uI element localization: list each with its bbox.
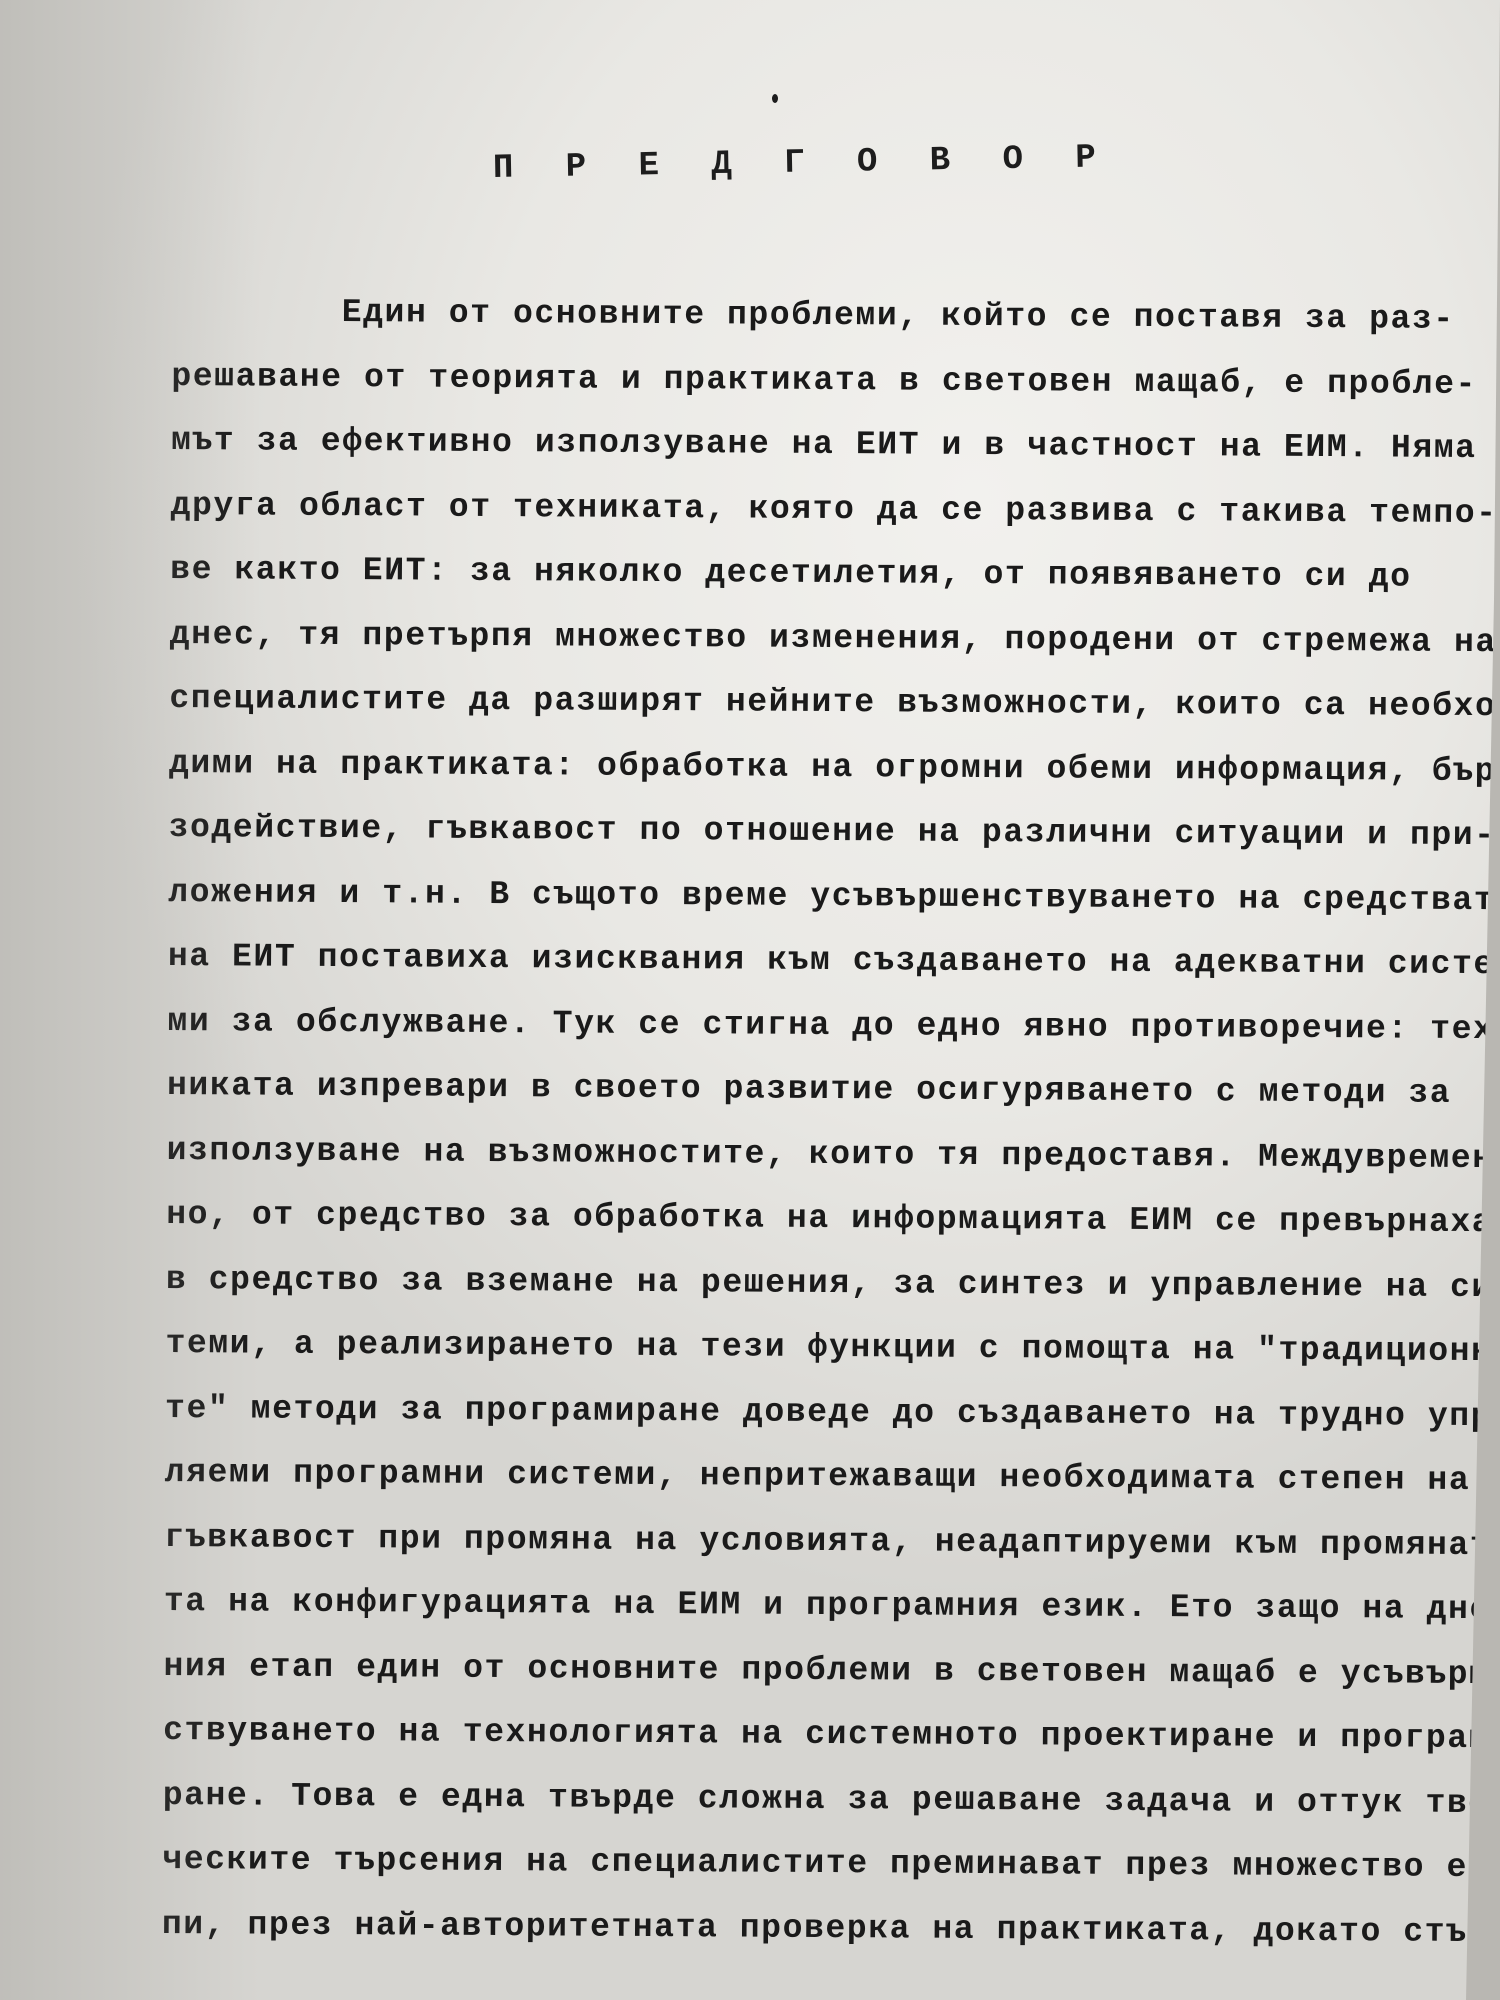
text-line: мът за ефективно използуване на ЕИТ и в … xyxy=(171,409,1431,481)
text-line: специалистите да разширят нейните възмож… xyxy=(169,667,1429,739)
text-line: та на конфигурацията на ЕИМ и програмния… xyxy=(164,1570,1424,1642)
text-line: друга област от техниката, която да се р… xyxy=(170,473,1430,545)
preface-body: Един от основните проблеми, който се пос… xyxy=(162,280,1432,1965)
text-line: дими на практиката: обработка на огромни… xyxy=(169,731,1429,803)
text-line: ния етап един от основните проблеми в св… xyxy=(163,1634,1423,1706)
text-line: решаване от теорията и практиката в свет… xyxy=(171,344,1431,416)
text-line: ствуването на технологията на системното… xyxy=(163,1699,1423,1771)
text-line: ране. Това е една твърде сложна за решав… xyxy=(163,1763,1423,1835)
text-line: използуване на възможностите, които тя п… xyxy=(166,1118,1426,1190)
text-line: в средство за вземане на решения, за син… xyxy=(166,1247,1426,1319)
ink-speck xyxy=(772,94,778,103)
text-line: пи, през най-авторитетната проверка на п… xyxy=(162,1892,1422,1964)
text-line: ми за обслужване. Тук се стигна до едно … xyxy=(167,989,1427,1061)
page-title: П Р Е Д Г О В О Р xyxy=(493,139,1112,188)
text-line: ческите търсения на специалистите премин… xyxy=(162,1828,1422,1900)
text-line: ложения и т.н. В същото време усъвършенс… xyxy=(168,860,1428,932)
text-line: зодействие, гъвкавост по отношение на ра… xyxy=(168,796,1428,868)
text-line: те" методи за програмиране доведе до съз… xyxy=(165,1376,1425,1448)
text-line: Един от основните проблеми, който се пос… xyxy=(172,280,1432,352)
text-line: на ЕИТ поставиха изисквания към създаван… xyxy=(168,925,1428,997)
text-line: днес, тя претърпя множество изменения, п… xyxy=(170,602,1430,674)
text-line: никата изпревари в своето развитие осигу… xyxy=(167,1054,1427,1126)
typewritten-page: П Р Е Д Г О В О Р Един от основните проб… xyxy=(0,0,1500,2000)
text-line: теми, а реализирането на тези функции с … xyxy=(165,1312,1425,1384)
text-line: ляеми програмни системи, непритежаващи н… xyxy=(165,1441,1425,1513)
text-line: гъвкавост при промяна на условията, неад… xyxy=(164,1505,1424,1577)
text-line: ве както ЕИТ: за няколко десетилетия, от… xyxy=(170,538,1430,610)
text-line: но, от средство за обработка на информац… xyxy=(166,1183,1426,1255)
